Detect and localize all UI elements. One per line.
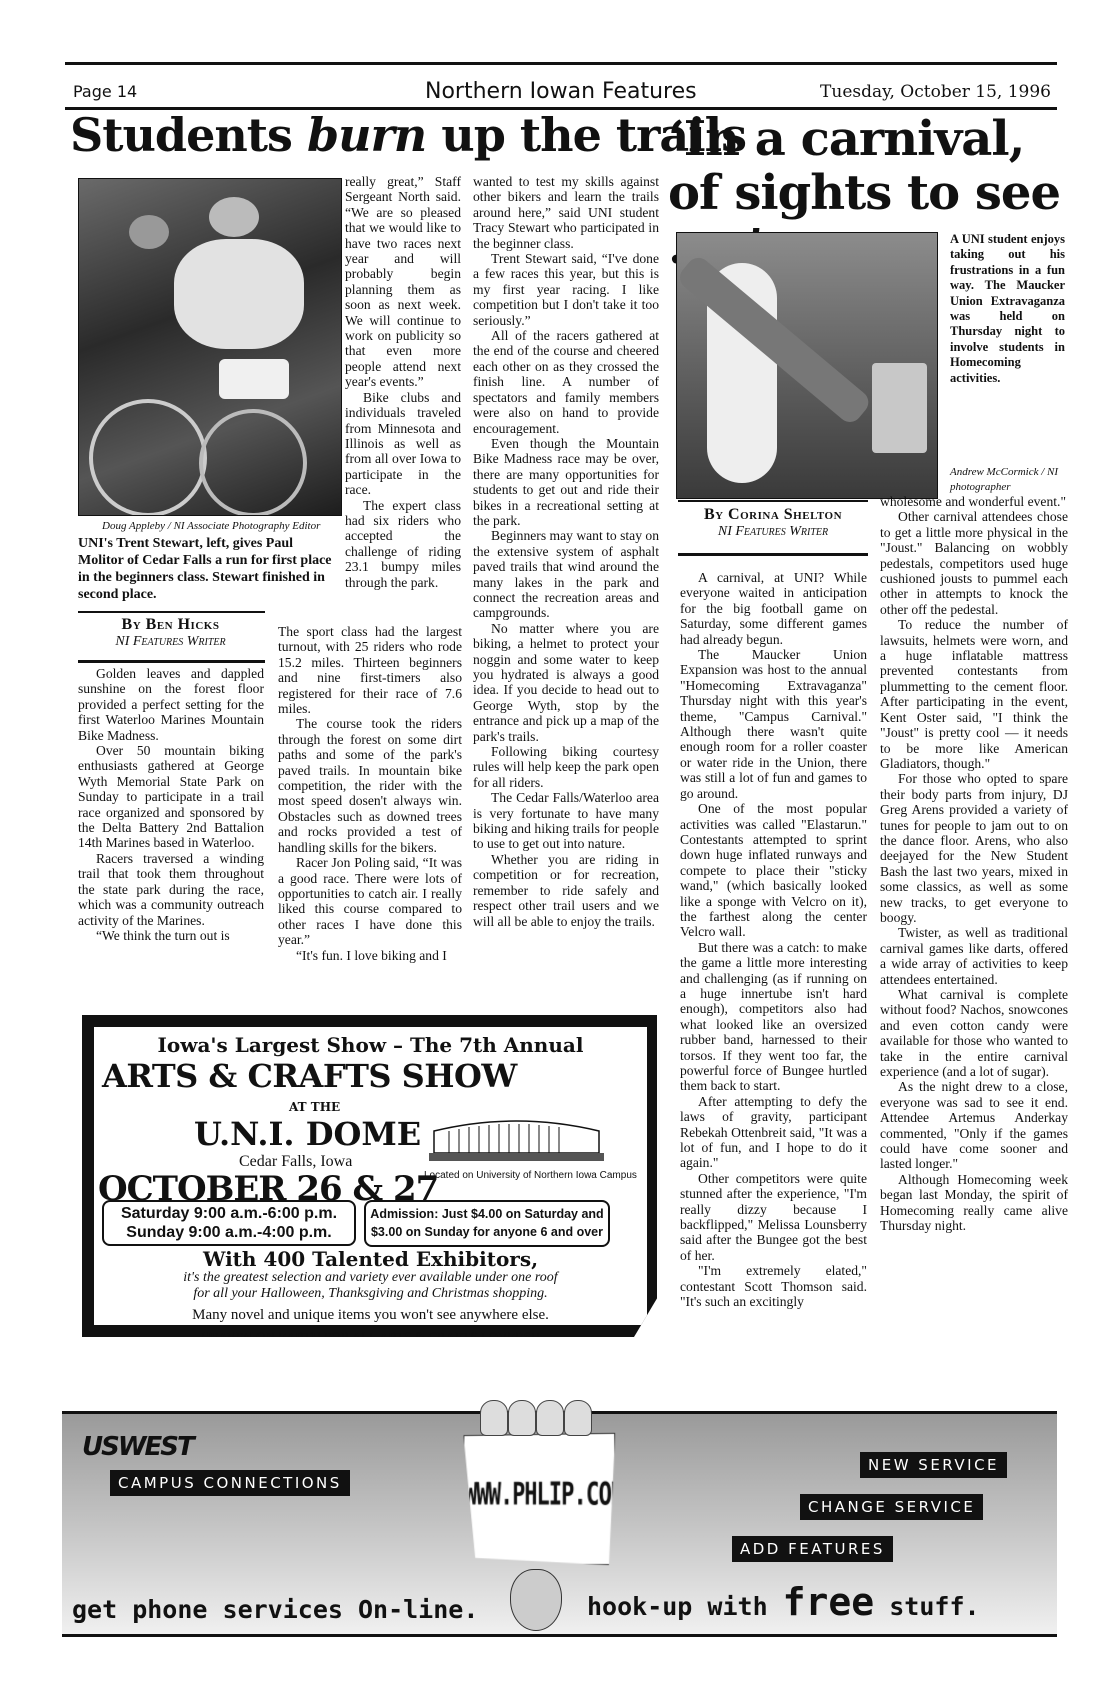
paragraph: No matter where you are biking, a helmet…	[473, 621, 659, 744]
dome-illustration	[429, 1109, 604, 1164]
paragraph: “We think the turn out is	[78, 928, 264, 943]
byline-name: By Ben Hicks	[78, 616, 263, 634]
byline-title: NI Features Writer	[78, 634, 263, 650]
helmet-shape	[209, 197, 259, 237]
bikers-photo	[78, 178, 342, 516]
website-url[interactable]: WWW.PHLIP.COM	[464, 1478, 614, 1514]
slogan-free: free	[783, 1580, 875, 1624]
ad-hours-box: Saturday 9:00 a.m.-6:00 p.m. Sunday 9:00…	[102, 1200, 356, 1246]
story1-column-2-top: really great,” Staff Sergeant North said…	[345, 174, 461, 590]
hours-sunday: Sunday 9:00 a.m.-4:00 p.m.	[104, 1223, 354, 1242]
door-shape	[872, 363, 927, 453]
tagline-line: for all your Halloween, Thanksgiving and…	[94, 1286, 647, 1302]
paragraph: Following biking courtesy rules will hel…	[473, 744, 659, 790]
photo-cutline: A UNI student enjoys taking out his frus…	[950, 232, 1065, 386]
photo-credit: Doug Appleby / NI Associate Photography …	[102, 520, 320, 532]
story2-byline: By Corina Shelton NI Features Writer	[678, 506, 868, 540]
story2-column-2: wholesome and wonderful event." Other ca…	[880, 494, 1068, 1234]
paragraph: A carnival, at UNI? While everyone waite…	[680, 570, 867, 647]
cartoon-character-icon	[510, 1569, 562, 1631]
helmet-shape	[129, 215, 169, 249]
divider	[678, 500, 868, 502]
change-service-label: CHANGE SERVICE	[800, 1494, 983, 1520]
paragraph: Racer Jon Poling said, “It was a good ra…	[278, 855, 462, 947]
paragraph: Although Homecoming week began last Mond…	[880, 1172, 1068, 1234]
story2-column-1: A carnival, at UNI? While everyone waite…	[680, 570, 867, 1310]
story1-headline: Students burn up the trails	[70, 112, 746, 158]
uswest-ad: USWEST CAMPUS CONNECTIONS WWW.PHLIP.COM …	[62, 1411, 1057, 1637]
paragraph: But there was a catch: to make the game …	[680, 940, 867, 1094]
paragraph: As the night drew to a close, everyone w…	[880, 1079, 1068, 1171]
ad-promoter: Show Promoter: Callahan Promotions, 319-…	[94, 1347, 647, 1359]
paragraph: Beginners may want to stay on the extens…	[473, 528, 659, 620]
ad-tagline: it's the greatest selection and variety …	[94, 1270, 647, 1302]
wheel-shape	[199, 409, 307, 516]
paragraph: Trent Stewart said, “I've done a few rac…	[473, 251, 659, 328]
admission-line: $3.00 on Sunday for anyone 6 and over	[366, 1223, 608, 1241]
paragraph: To reduce the number of lawsuits, helmet…	[880, 617, 1068, 771]
ad-novel: Many novel and unique items you won't se…	[94, 1307, 647, 1324]
page-number: Page 14	[73, 81, 137, 103]
ad-at-the: AT THE	[289, 1100, 340, 1114]
ad-venue: U.N.I. DOME	[194, 1115, 421, 1153]
paragraph: Other competitors were quite stunned aft…	[680, 1171, 867, 1263]
story1-byline: By Ben Hicks NI Features Writer	[78, 616, 263, 650]
wheel-shape	[89, 399, 207, 516]
photo-cutline: UNI's Trent Stewart, left, gives Paul Mo…	[78, 535, 333, 603]
joust-photo	[676, 232, 938, 499]
ad-exhibitors: With 400 Talented Exhibitors,	[94, 1247, 647, 1271]
headline-emphasis: burn	[307, 108, 426, 162]
paragraph: Twister, as well as traditional carnival…	[880, 925, 1068, 987]
divider	[678, 553, 868, 556]
paragraph: Other carnival attendees chose to get a …	[880, 509, 1068, 617]
story1-column-1: Golden leaves and dappled sunshine on th…	[78, 666, 264, 943]
paragraph: The sport class had the largest turnout,…	[278, 624, 462, 716]
story1-column-2-bottom: The sport class had the largest turnout,…	[278, 624, 462, 963]
paragraph: "I'm extremely elated," contestant Scott…	[680, 1263, 867, 1309]
admission-line: Admission: Just $4.00 on Saturday and	[366, 1205, 608, 1223]
hours-saturday: Saturday 9:00 a.m.-6:00 p.m.	[104, 1204, 354, 1223]
paragraph: All of the racers gathered at the end of…	[473, 328, 659, 436]
hand-icon	[480, 1400, 600, 1432]
byline-name: By Corina Shelton	[678, 506, 868, 524]
paragraph: Golden leaves and dappled sunshine on th…	[78, 666, 264, 743]
url-sign: WWW.PHLIP.COM	[464, 1433, 616, 1565]
paragraph: What carnival is complete without food? …	[880, 987, 1068, 1079]
shirt-shape	[174, 239, 304, 349]
paragraph: The Maucker Union Expansion was host to …	[680, 647, 867, 801]
add-features-label: ADD FEATURES	[732, 1536, 893, 1562]
new-service-label: NEW SERVICE	[860, 1452, 1007, 1478]
paragraph: The expert class had six riders who acce…	[345, 498, 461, 590]
paragraph: For those who opted to spare their body …	[880, 771, 1068, 925]
photo-credit: Andrew McCormick / NI photographer	[950, 465, 1065, 495]
ad-heaven: HEAVEN ON EARTH FOR ALL ARTS & CRAFTS LO…	[94, 1329, 647, 1345]
paragraph: One of the most popular activities was c…	[680, 801, 867, 940]
uswest-logo: USWEST	[82, 1432, 193, 1462]
tagline-line: it's the greatest selection and variety …	[94, 1270, 647, 1286]
story1-column-3: wanted to test my skills against other b…	[473, 174, 659, 929]
paragraph: Bike clubs and individuals traveled from…	[345, 390, 461, 498]
byline-title: NI Features Writer	[678, 524, 868, 540]
paragraph: The course took the riders through the f…	[278, 716, 462, 855]
paragraph: Over 50 mountain biking enthusiasts gath…	[78, 743, 264, 851]
paragraph: The Cedar Falls/Waterloo area is very fo…	[473, 790, 659, 852]
paragraph: Even though the Mountain Bike Madness ra…	[473, 436, 659, 528]
race-number-plate	[219, 359, 289, 399]
arts-crafts-ad: Iowa's Largest Show – The 7th Annual ART…	[82, 1015, 657, 1337]
paragraph: After attempting to defy the laws of gra…	[680, 1094, 867, 1171]
paragraph: wanted to test my skills against other b…	[473, 174, 659, 251]
divider	[78, 660, 265, 663]
ad-panel: Iowa's Largest Show – The 7th Annual ART…	[94, 1027, 647, 1325]
masthead: Page 14 Northern Iowan Features Tuesday,…	[65, 62, 1057, 110]
paragraph: Racers traversed a winding trail that to…	[78, 851, 264, 928]
slogan-right: hook-up with free stuff.	[587, 1580, 980, 1624]
section-title: Northern Iowan Features	[425, 81, 697, 103]
paragraph: really great,” Staff Sergeant North said…	[345, 174, 461, 390]
campus-connections-label: CAMPUS CONNECTIONS	[110, 1470, 350, 1496]
ad-admission-box: Admission: Just $4.00 on Saturday and $3…	[364, 1200, 610, 1247]
ad-title: ARTS & CRAFTS SHOW	[102, 1057, 517, 1095]
paragraph: Whether you are riding in competition or…	[473, 852, 659, 929]
paragraph: wholesome and wonderful event."	[880, 494, 1068, 509]
slogan-left: get phone services On-line.	[72, 1595, 478, 1624]
ad-kicker: Iowa's Largest Show – The 7th Annual	[94, 1033, 647, 1057]
slogan-part: hook-up with	[587, 1592, 783, 1621]
slogan-part: stuff.	[874, 1592, 979, 1621]
issue-date: Tuesday, October 15, 1996	[820, 81, 1051, 103]
headline-part: Students	[70, 108, 307, 162]
paragraph: “It's fun. I love biking and I	[278, 948, 462, 963]
divider	[78, 611, 265, 613]
ad-location: Located on University of Northern Iowa C…	[424, 1170, 637, 1181]
